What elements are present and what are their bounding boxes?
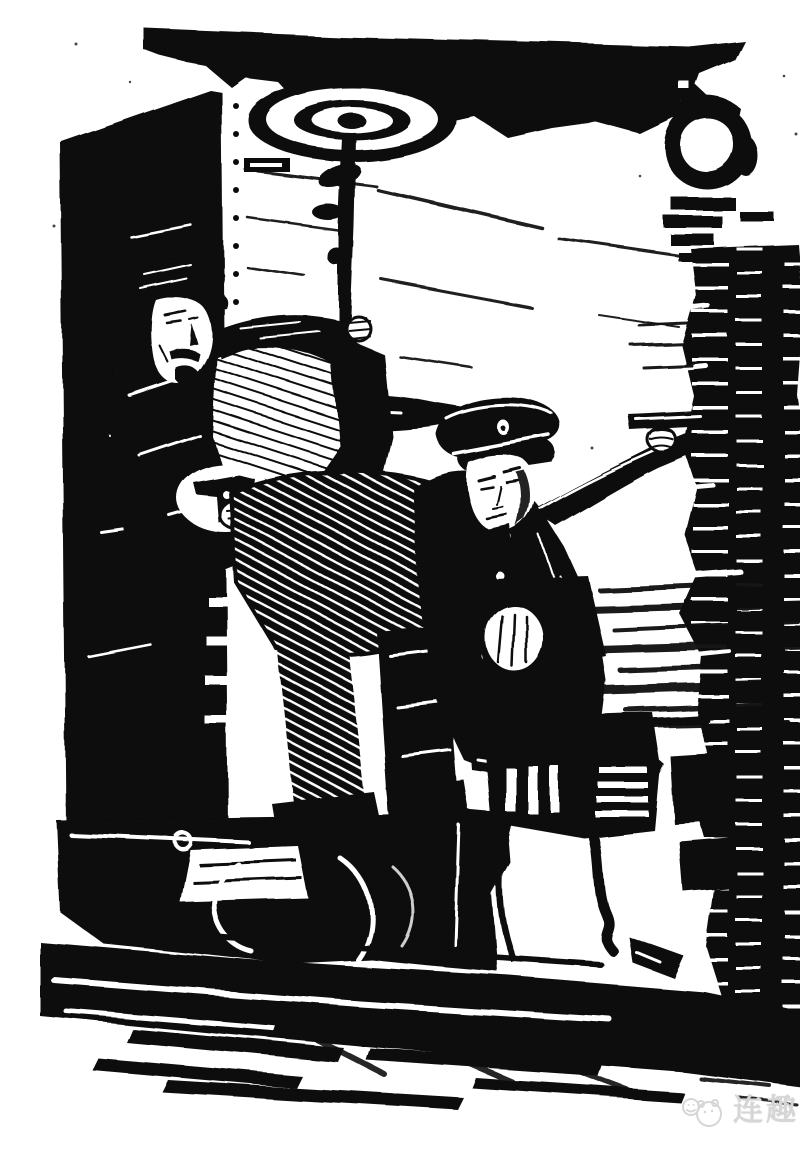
brake-hose bbox=[589, 822, 684, 978]
illustration-page: 连趣网 bbox=[40, 16, 800, 1141]
leaf-spring bbox=[180, 846, 308, 902]
extended-arm bbox=[532, 428, 696, 526]
site-watermark: 连趣网 bbox=[680, 1093, 800, 1129]
doorway-column bbox=[588, 244, 800, 1018]
left-shin bbox=[276, 628, 366, 822]
coupler-and-hose bbox=[486, 712, 736, 978]
illustration-canvas bbox=[40, 16, 800, 1141]
watermark-text: 连趣网 bbox=[733, 1096, 800, 1126]
lianqu-logo-icon bbox=[680, 1093, 726, 1129]
boxcar-rivets bbox=[233, 103, 239, 305]
